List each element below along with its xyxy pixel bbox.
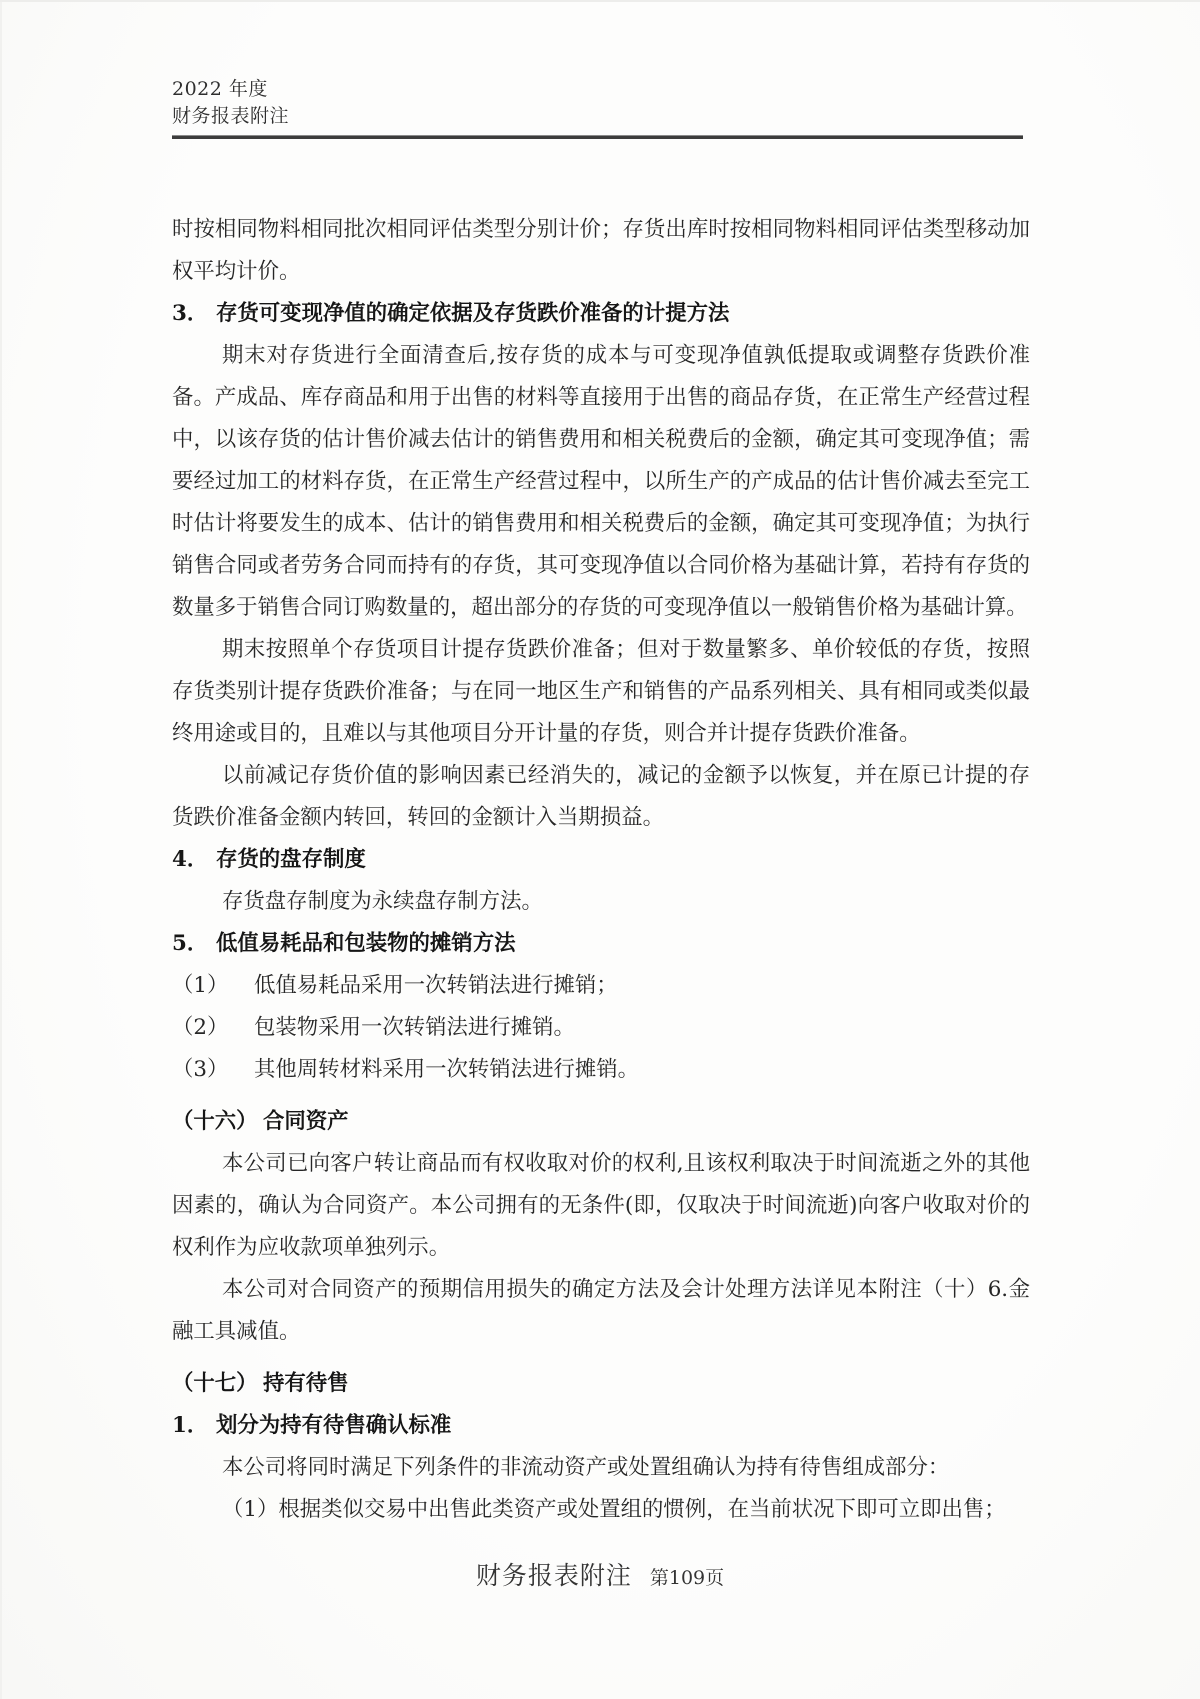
header-year: 2022 年度 [172,76,1023,103]
document-body: 时按相同物料相同批次相同评估类型分别计价；存货出库时按相同物料相同评估类型移动加… [172,209,1030,1531]
document-page: 2022 年度 财务报表附注 时按相同物料相同批次相同评估类型分别计价；存货出库… [0,0,1200,1699]
footer-title: 财务报表附注 [476,1561,632,1590]
item-text: 持有待售 [263,1371,349,1396]
list-item: （1）低值易耗品采用一次转销法进行摊销； [172,965,1030,1007]
item-number: （3） [172,1049,254,1091]
footer-page-number: 第109页 [650,1567,724,1589]
paragraph: 期末按照单个存货项目计提存货跌价准备；但对于数量繁多、单价较低的存货，按照存货类… [172,629,1030,755]
section-heading: 3．存货可变现净值的确定依据及存货跌价准备的计提方法 [172,293,1030,335]
paragraph: （1）根据类似交易中出售此类资产或处置组的惯例，在当前状况下即可立即出售； [172,1489,1030,1531]
header-rule [172,135,1023,139]
item-text: 存货可变现净值的确定依据及存货跌价准备的计提方法 [216,301,729,326]
section-heading: 4．存货的盘存制度 [172,839,1030,881]
paragraph: 存货盘存制度为永续盘存制方法。 [172,881,1030,923]
list-item: （3）其他周转材料采用一次转销法进行摊销。 [172,1049,1030,1091]
page-header: 2022 年度 财务报表附注 [172,76,1023,130]
item-number: （2） [172,1007,254,1049]
paragraph: 时按相同物料相同批次相同评估类型分别计价；存货出库时按相同物料相同评估类型移动加… [172,209,1030,293]
item-text: 低值易耗品采用一次转销法进行摊销； [254,973,618,998]
item-number: （十六） [172,1101,263,1143]
item-number: 3． [172,293,216,335]
item-text: 低值易耗品和包装物的摊销方法 [216,931,515,956]
paragraph: 期末对存货进行全面清查后,按存货的成本与可变现净值孰低提取或调整存货跌价准备。产… [172,335,1030,629]
paragraph: 本公司对合同资产的预期信用损失的确定方法及会计处理方法详见本附注（十）6.金融工… [172,1269,1030,1353]
list-item: （2）包装物采用一次转销法进行摊销。 [172,1007,1030,1049]
item-text: 包装物采用一次转销法进行摊销。 [254,1015,575,1040]
section-heading: （十七）持有待售 [172,1363,1030,1405]
item-text: 其他周转材料采用一次转销法进行摊销。 [254,1057,639,1082]
header-doc-title: 财务报表附注 [172,103,1023,130]
paragraph: 本公司已向客户转让商品而有权收取对价的权利,且该权利取决于时间流逝之外的其他因素… [172,1143,1030,1269]
item-number: 5． [172,923,216,965]
section-heading: 1．划分为持有待售确认标准 [172,1405,1030,1447]
section-heading: 5．低值易耗品和包装物的摊销方法 [172,923,1030,965]
item-number: 1． [172,1405,216,1447]
item-number: （十七） [172,1363,263,1405]
page-footer: 财务报表附注第109页 [0,1556,1200,1592]
paragraph: 本公司将同时满足下列条件的非流动资产或处置组确认为持有待售组成部分： [172,1447,1030,1489]
section-heading: （十六）合同资产 [172,1101,1030,1143]
item-text: 存货的盘存制度 [216,847,366,872]
item-text: 划分为持有待售确认标准 [216,1413,451,1438]
item-number: （1） [172,965,254,1007]
item-text: 合同资产 [263,1109,349,1134]
paragraph: 以前减记存货价值的影响因素已经消失的，减记的金额予以恢复，并在原已计提的存货跌价… [172,755,1030,839]
item-number: 4． [172,839,216,881]
